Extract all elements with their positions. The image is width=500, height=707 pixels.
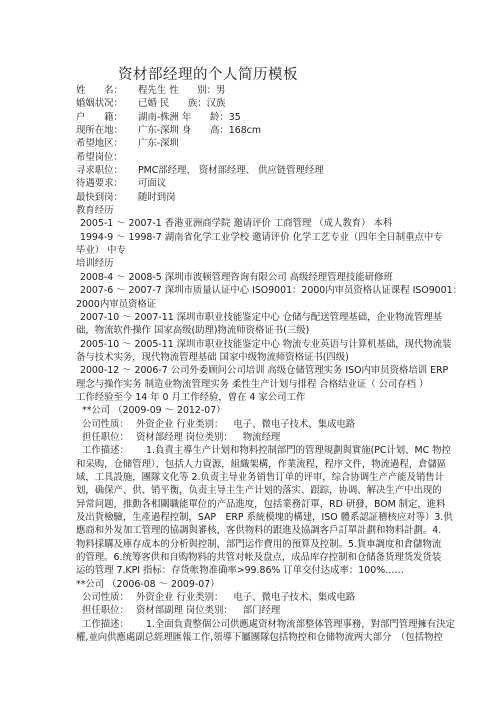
training-heading: 培训经历 <box>76 257 446 270</box>
info-value: 35 <box>229 112 241 123</box>
info-label: 待遇要求： <box>76 177 138 190</box>
job-value: 部门经理 <box>243 605 281 616</box>
training-line: 2005-10 ～ 2005-11 深圳市职业技能鉴定中心 物流专业英语与计算机… <box>76 338 446 351</box>
job-nature-row: 公司性质：外资企业 行业类别：电子、微电子技术、集成电路 <box>76 591 446 604</box>
job-label: 担任职位： <box>82 604 136 617</box>
job-label: 岗位类别： <box>186 605 233 616</box>
info-row-name: 姓 名：程先生 性 别：男 <box>76 84 446 97</box>
job-value: 外资企业 <box>136 419 174 430</box>
training-line: 2007-10 ～ 2007-11 深圳市职业技能鉴定中心 仓储与配送管理基础，… <box>76 311 446 324</box>
info-label: 寻求职位： <box>76 164 138 177</box>
job-desc-line: 1.負責主導生产计划和物料控制部門的管理規劃與實施(PC计划、MC 物控 <box>146 445 451 456</box>
job-label: 公司性质： <box>82 418 136 431</box>
info-value: 广东-深圳 <box>138 125 179 136</box>
job-position-row: 担任职位：资材部经理 岗位类别：物流经理 <box>76 431 446 444</box>
info-value: 168cm <box>229 125 261 136</box>
job-desc-line: 划，确保产、供、销平衡，负责主导主生产计划的落实、跟踪，协调、解决生产中出现的 <box>76 484 446 497</box>
training-line: 2000内审员资格证 <box>76 298 446 311</box>
info-label: 年 龄： <box>182 112 229 123</box>
job-value: 资材部经理 <box>136 432 183 443</box>
info-label: 婚姻状况： <box>76 97 138 110</box>
training-line: 备与技术实务，现代物流管理基础 国家中级物流师资格证书(四级) <box>76 351 446 364</box>
job-desc-line: 和采购，仓储管理），包括人力資源，組織架構，作業流程，程序文件，物流過程，倉儲區 <box>76 458 446 471</box>
training-line: 2008-4 ～ 2008-5 深圳市波顿管理咨询有限公司 高级经理管理技能研修… <box>76 271 446 284</box>
job-desc-line: 运的管理 7.KPI 指标：存货帐物准确率>99.86% 订单交付达成率：100… <box>76 564 446 577</box>
info-value: 已婚 <box>138 98 157 109</box>
job-desc-line: 的管理。6.统筹客供和自购物料的共管对帐及盘点，成品库存控制和仓储备货理货发货装 <box>76 551 446 564</box>
job-value: 外资企业 <box>136 592 174 603</box>
info-row-availability: 最快到岗：随时到岗 <box>76 191 446 204</box>
training-line: 础，物流软件操作 国家高级(助理)物流师资格证书(三级) <box>76 324 446 337</box>
info-value: 湖南-株洲 <box>138 112 179 123</box>
job-desc-line: 1.全面負責整個公司供應處资材物流部整体管理事務，對部門管理擁有決定 <box>146 619 455 630</box>
job-label: 岗位类别： <box>186 432 233 443</box>
info-row-desired-post: 希望岗位： <box>76 151 446 164</box>
job-desc-line: 及出貨檢驗，生產過程控制，SAP ERP 系統模塊的構建，ISO 體系認証稽核应… <box>76 511 446 524</box>
info-value: 汉族 <box>207 98 226 109</box>
info-label: 姓 名： <box>76 84 138 97</box>
page-title: 资材部经理的个人简历模板 <box>118 63 298 84</box>
info-label: 希望地区： <box>76 137 138 150</box>
job-company: **公司 （2009-09 ～ 2012-07） <box>76 404 446 417</box>
job-desc-line: 域，工具設施，團隊文化等 2.负责主导业务销售订单的评审，综合协调生产产能及销售… <box>76 471 446 484</box>
info-row-seeking: 寻求职位：PMC部经理、 资材部经理、 供应链管理经理 <box>76 164 446 177</box>
job-label: 行业类别： <box>177 592 224 603</box>
education-line: 1994-9 ～ 1998-7 湖南省化学工业学校 邀请评价 化学工艺专业（四年… <box>76 231 446 244</box>
info-label: 现所在地： <box>76 124 138 137</box>
education-line: 2005-1 ～ 2007-1 香港亚洲商学院 邀请评价 工商管理 （成人教育）… <box>76 217 446 230</box>
info-value: 程先生 <box>138 85 166 96</box>
job-company: **公司 （2006-08 ～ 2009-07） <box>76 578 446 591</box>
job-desc-line: 權,並向供應處副总經理匯報工作,領導下屬團隊包括物控和仓储物流两大部分 （包括物… <box>76 631 446 644</box>
job-position-row: 担任职位：资材部副理 岗位类别：部门经理 <box>76 604 446 617</box>
info-row-desired-region: 希望地区：广东-深圳 <box>76 137 446 150</box>
resume-body: 姓 名：程先生 性 别：男 婚姻状况：已婚 民 族：汉族 户 籍：湖南-株洲 年… <box>76 84 446 644</box>
job-label: 工作描述： <box>82 618 136 631</box>
info-value: PMC部经理、 资材部经理、 供应链管理经理 <box>138 165 324 176</box>
training-line: 2007-6 ～ 2007-7 深圳市质量认证中心 ISO9001：2000内审… <box>76 284 446 297</box>
info-value: 男 <box>216 85 225 96</box>
job-value: 资材部副理 <box>136 605 183 616</box>
info-row-hukou: 户 籍：湖南-株洲 年 龄：35 <box>76 111 446 124</box>
info-label: 民 族： <box>160 98 207 109</box>
info-label: 性 别： <box>169 85 216 96</box>
training-line: 2000-12 ～ 2006-7 公司外委顾问公司培训 高级仓储管理实务 ISO… <box>76 364 446 377</box>
job-desc-line: 异常问题，推動各相關職能單位的产品進度，包括業務訂單，RD 研發，BOM 制定，… <box>76 498 446 511</box>
job-desc-line: 應商和外发加工管理的協調與審核，客供物料的跟進及協調客戶訂單計劃和物料計劃。4. <box>76 524 446 537</box>
info-label: 最快到岗： <box>76 191 138 204</box>
job-value: 物流经理 <box>243 432 281 443</box>
info-row-location: 现所在地：广东-深圳 身 高：168cm <box>76 124 446 137</box>
job-value: 电子、微电子技术、集成电路 <box>233 419 355 430</box>
resume-page: 资材部经理的个人简历模板 姓 名：程先生 性 别：男 婚姻状况：已婚 民 族：汉… <box>0 0 500 707</box>
education-line: 毕业） 中专 <box>76 244 446 257</box>
info-label: 户 籍： <box>76 111 138 124</box>
experience-summary: 工作经验至今 14 年 0 月工作经验，曾在 4 家公司工作 <box>76 391 446 404</box>
job-label: 行业类别： <box>177 419 224 430</box>
info-value: 广东-深圳 <box>138 138 179 149</box>
job-desc-row: 工作描述：1.負責主導生产计划和物料控制部門的管理規劃與實施(PC计划、MC 物… <box>76 444 446 457</box>
info-value: 随时到岗 <box>138 192 176 203</box>
job-value: 电子、微电子技术、集成电路 <box>233 592 355 603</box>
job-desc-row: 工作描述：1.全面負責整個公司供應處资材物流部整体管理事務，對部門管理擁有決定 <box>76 618 446 631</box>
info-row-salary: 待遇要求：可面议 <box>76 177 446 190</box>
info-label: 希望岗位： <box>76 151 138 164</box>
job-label: 担任职位： <box>82 431 136 444</box>
training-line: 理念与操作实务 制造业物流管理实务 柔性生产计划与排程 合格结业证（ 公司存档 … <box>76 378 446 391</box>
info-value: 可面议 <box>138 178 166 189</box>
job-label: 公司性质： <box>82 591 136 604</box>
job-desc-line: 物料採購及庫存成本的分析與控制，部門运作費用的預算及控制。5.貨車調度和倉儲物流 <box>76 538 446 551</box>
info-label: 身 高： <box>182 125 229 136</box>
job-nature-row: 公司性质：外资企业 行业类别：电子、微电子技术、集成电路 <box>76 418 446 431</box>
job-label: 工作描述： <box>82 444 136 457</box>
education-heading: 教育经历 <box>76 204 446 217</box>
info-row-marital: 婚姻状况：已婚 民 族：汉族 <box>76 97 446 110</box>
